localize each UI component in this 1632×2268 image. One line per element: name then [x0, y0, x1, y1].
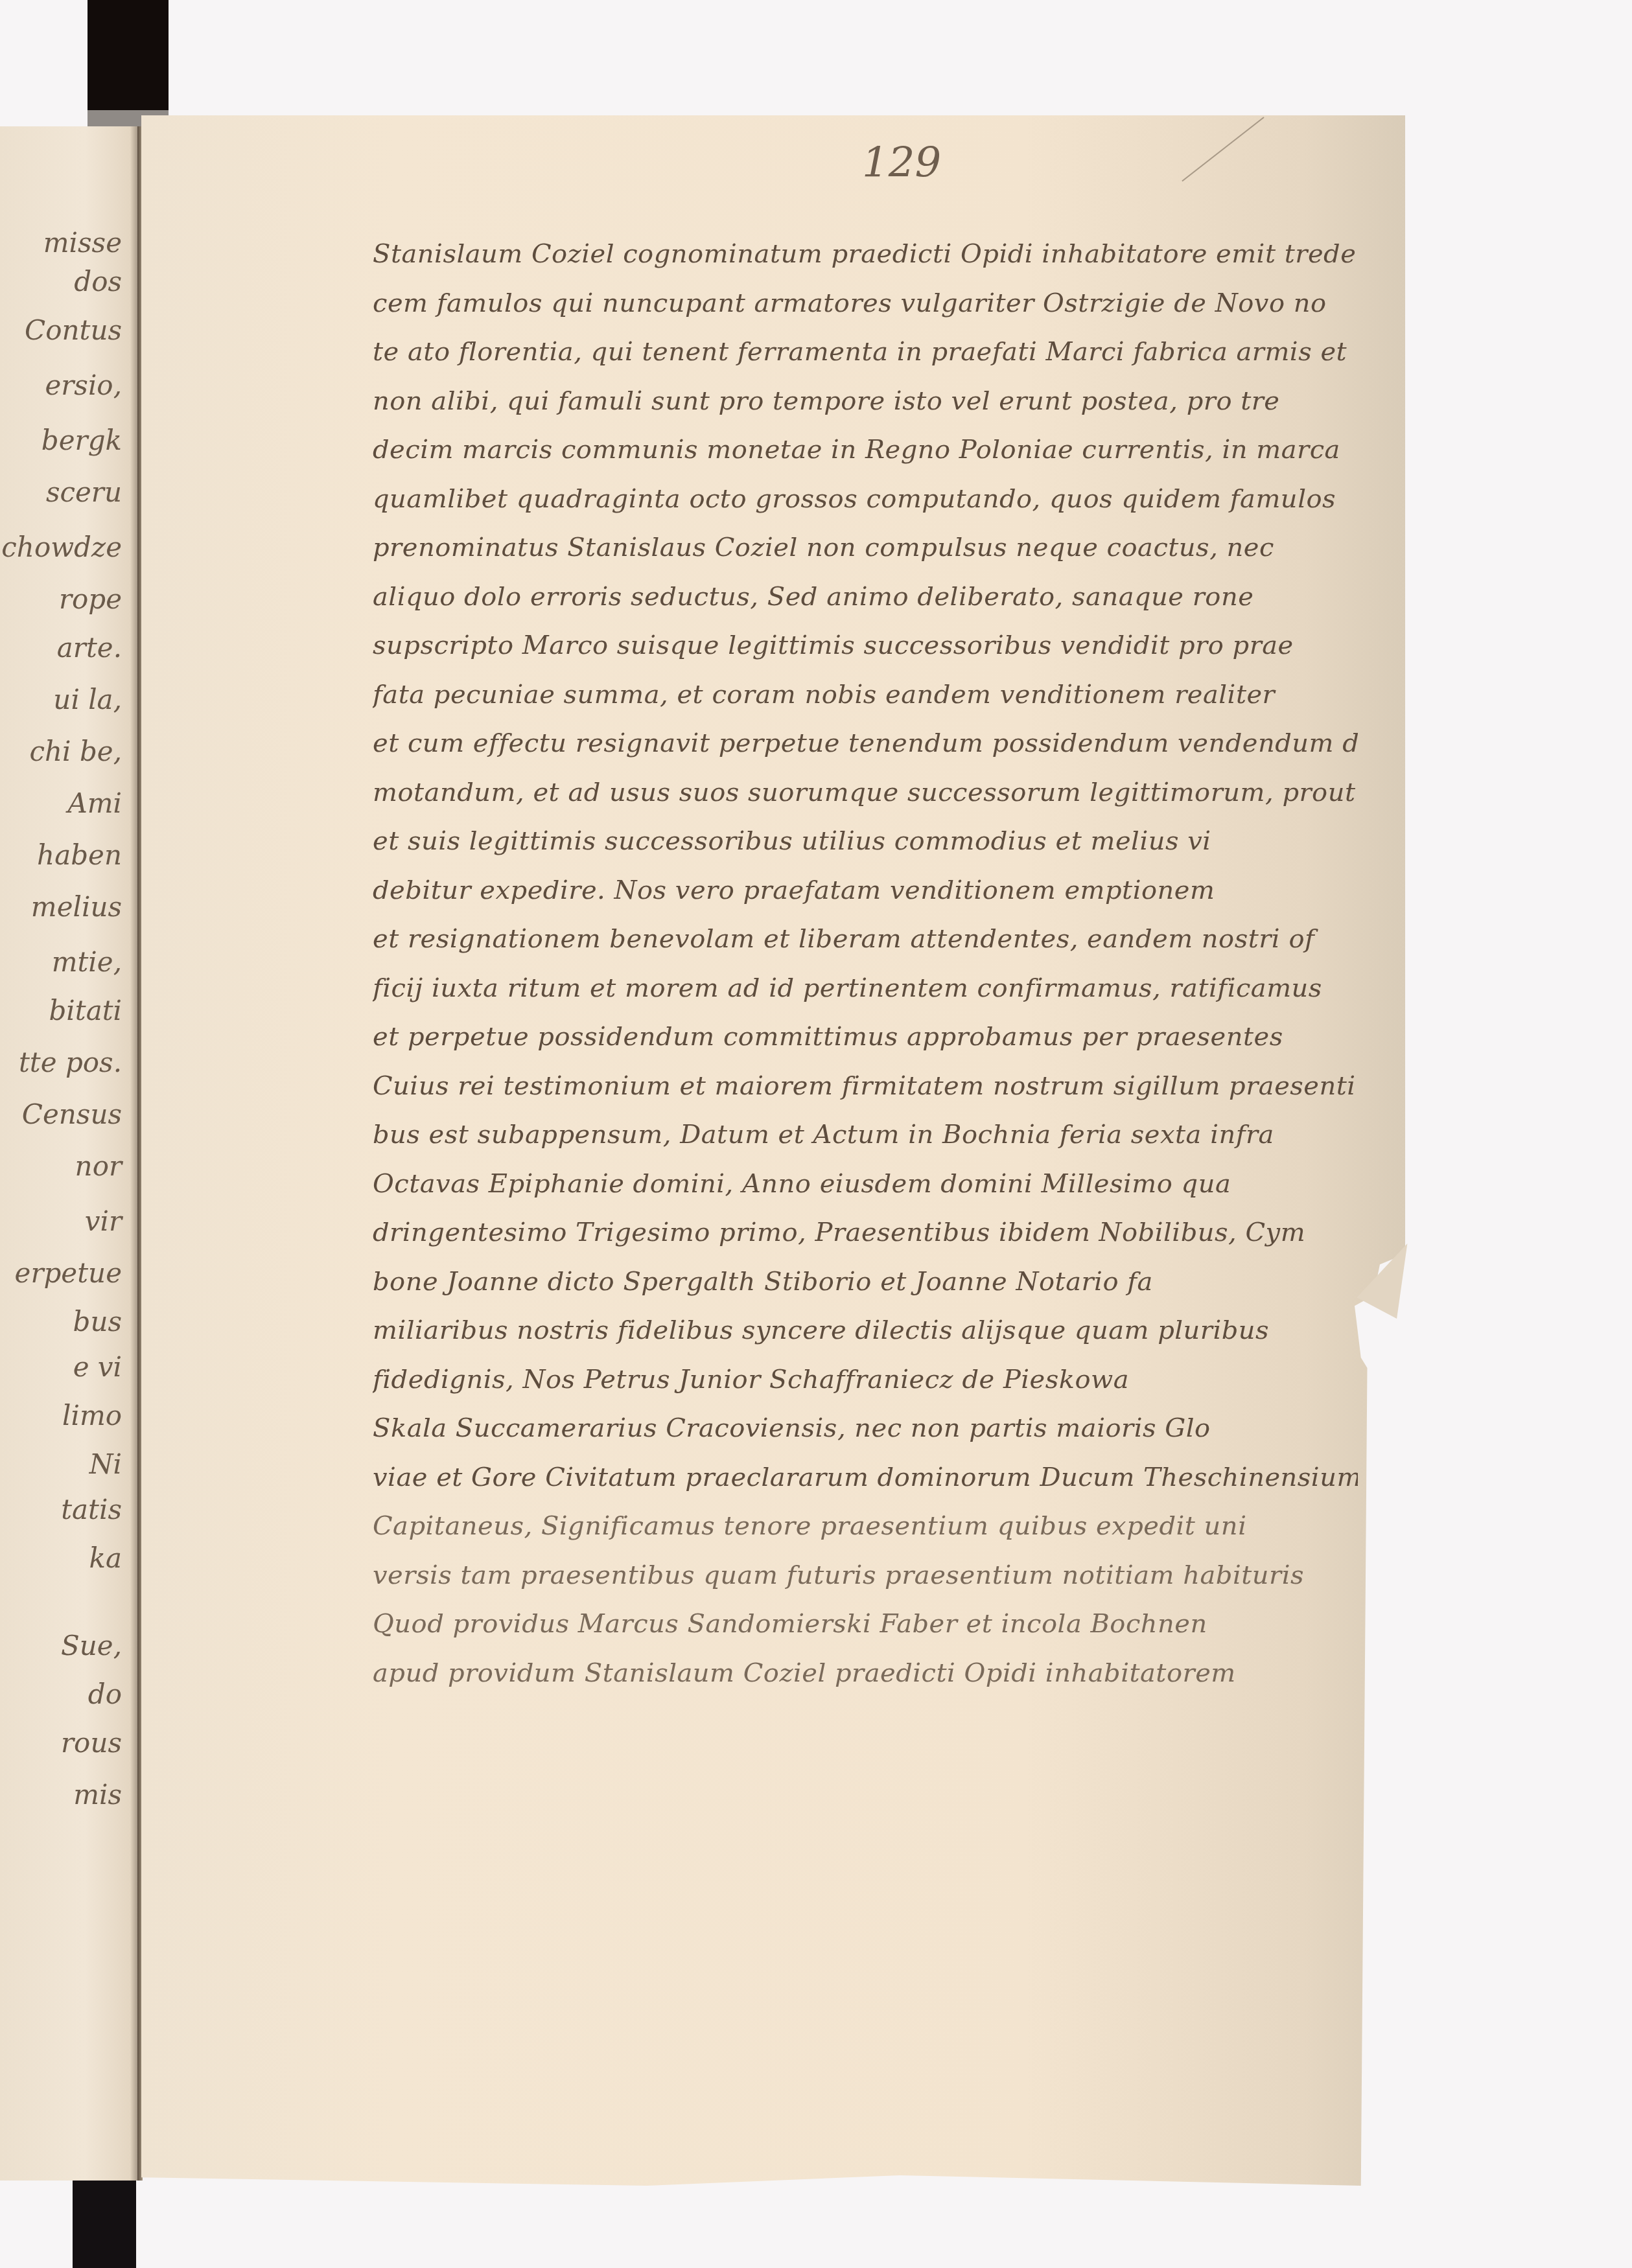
left-page-fragment-text: tte pos.	[19, 1047, 122, 1078]
text-line: prenominatus Stanislaus Coziel non compu…	[373, 524, 1358, 573]
left-page-fragment-text: tatis	[61, 1494, 122, 1525]
left-page-fragment-text: misse	[43, 227, 122, 259]
left-page-fragment-text: bitati	[49, 995, 122, 1026]
left-page-fragment-text: Census	[22, 1098, 122, 1130]
text-line: aliquo dolo erroris seductus, Sed animo …	[373, 573, 1358, 622]
left-page-fragment-text: bus	[73, 1306, 122, 1337]
text-line: decim marcis communis monetae in Regno P…	[373, 426, 1358, 475]
text-line: motandum, et ad usus suos suorumque succ…	[373, 769, 1358, 818]
left-page-fragment-text: ui la,	[53, 684, 122, 715]
left-page-fragment-text: Ni	[89, 1448, 122, 1480]
left-page-fragment-text: haben	[37, 839, 122, 871]
text-line: dringentesimo Trigesimo primo, Praesenti…	[373, 1209, 1358, 1258]
left-page-fragment-text: limo	[62, 1400, 122, 1431]
text-line: versis tam praesentibus quam futuris pra…	[373, 1551, 1358, 1601]
text-line: fidedignis, Nos Petrus Junior Schaffrani…	[373, 1356, 1358, 1405]
left-page-fragment-text: e vi	[73, 1351, 122, 1383]
left-page-fragment-text: chowdze	[1, 531, 122, 563]
left-page-fragment-text: vir	[85, 1205, 122, 1237]
text-line: et resignationem benevolam et liberam at…	[373, 915, 1358, 964]
left-page-fragment-text: mtie,	[52, 946, 122, 978]
left-page-fragment-text: erpetue	[15, 1257, 122, 1289]
text-line: Quod providus Marcus Sandomierski Faber …	[373, 1600, 1358, 1649]
text-line: ficij iuxta ritum et morem ad id pertine…	[373, 964, 1358, 1013]
text-line: miliaribus nostris fidelibus syncere dil…	[373, 1306, 1358, 1356]
text-line: cem famulos qui nuncupant armatores vulg…	[373, 279, 1358, 329]
left-page-fragment-text: melius	[31, 891, 122, 923]
left-page-fragment-text: mis	[73, 1779, 122, 1811]
left-page-fragment-text: ka	[89, 1542, 122, 1574]
left-page-fragment: missedosContusersio,bergksceruchowdzerop…	[0, 126, 141, 2181]
text-line: et cum effectu resignavit perpetue tenen…	[373, 719, 1358, 769]
left-page-fragment-text: chi be,	[30, 735, 122, 767]
text-line: viae et Gore Civitatum praeclararum domi…	[373, 1453, 1358, 1503]
text-line: et perpetue possidendum committimus appr…	[373, 1013, 1358, 1062]
text-line: bone Joanne dicto Spergalth Stiborio et …	[373, 1258, 1358, 1307]
text-line: Stanislaum Coziel cognominatum praedicti…	[373, 230, 1358, 279]
left-page-fragment-text: arte.	[57, 632, 122, 664]
text-line: quamlibet quadraginta octo grossos compu…	[373, 475, 1358, 524]
left-page-fragment-text: do	[88, 1678, 122, 1710]
left-page-fragment-text: Contus	[25, 314, 122, 346]
left-page-fragment-text: rous	[61, 1727, 122, 1759]
text-line: Cuius rei testimonium et maiorem firmita…	[373, 1062, 1358, 1111]
text-line: supscripto Marco suisque legittimis succ…	[373, 621, 1358, 671]
left-page-fragment-text: sceru	[46, 476, 122, 508]
folio-number: 129	[862, 139, 941, 187]
left-page-fragment-text: rope	[59, 583, 122, 615]
text-line: Skala Succamerarius Cracoviensis, nec no…	[373, 1404, 1358, 1453]
text-line: Capitaneus, Significamus tenore praesent…	[373, 1502, 1358, 1551]
text-line: te ato florentia, qui tenent ferramenta …	[373, 328, 1358, 377]
left-page-fragment-text: Ami	[67, 787, 122, 819]
left-page-fragment-text: dos	[74, 266, 122, 297]
text-line: Octavas Epiphanie domini, Anno eiusdem d…	[373, 1160, 1358, 1209]
book-spine-top	[87, 0, 169, 130]
left-page-fragment-text: nor	[75, 1150, 122, 1182]
left-page-fragment-text: ersio,	[45, 369, 122, 401]
text-line: debitur expedire. Nos vero praefatam ven…	[373, 866, 1358, 916]
book-spine-bottom	[73, 2171, 136, 2268]
left-page-fragment-text: bergk	[41, 424, 122, 456]
text-line: fata pecuniae summa, et coram nobis eand…	[373, 671, 1358, 720]
text-line: bus est subappensum, Datum et Actum in B…	[373, 1111, 1358, 1160]
manuscript-text-block: Stanislaum Coziel cognominatum praedicti…	[373, 230, 1358, 1698]
text-line: apud providum Stanislaum Coziel praedict…	[373, 1649, 1358, 1698]
left-page-fragment-text: Sue,	[61, 1630, 122, 1661]
text-line: et suis legittimis successoribus utilius…	[373, 817, 1358, 866]
text-line: non alibi, qui famuli sunt pro tempore i…	[373, 377, 1358, 426]
